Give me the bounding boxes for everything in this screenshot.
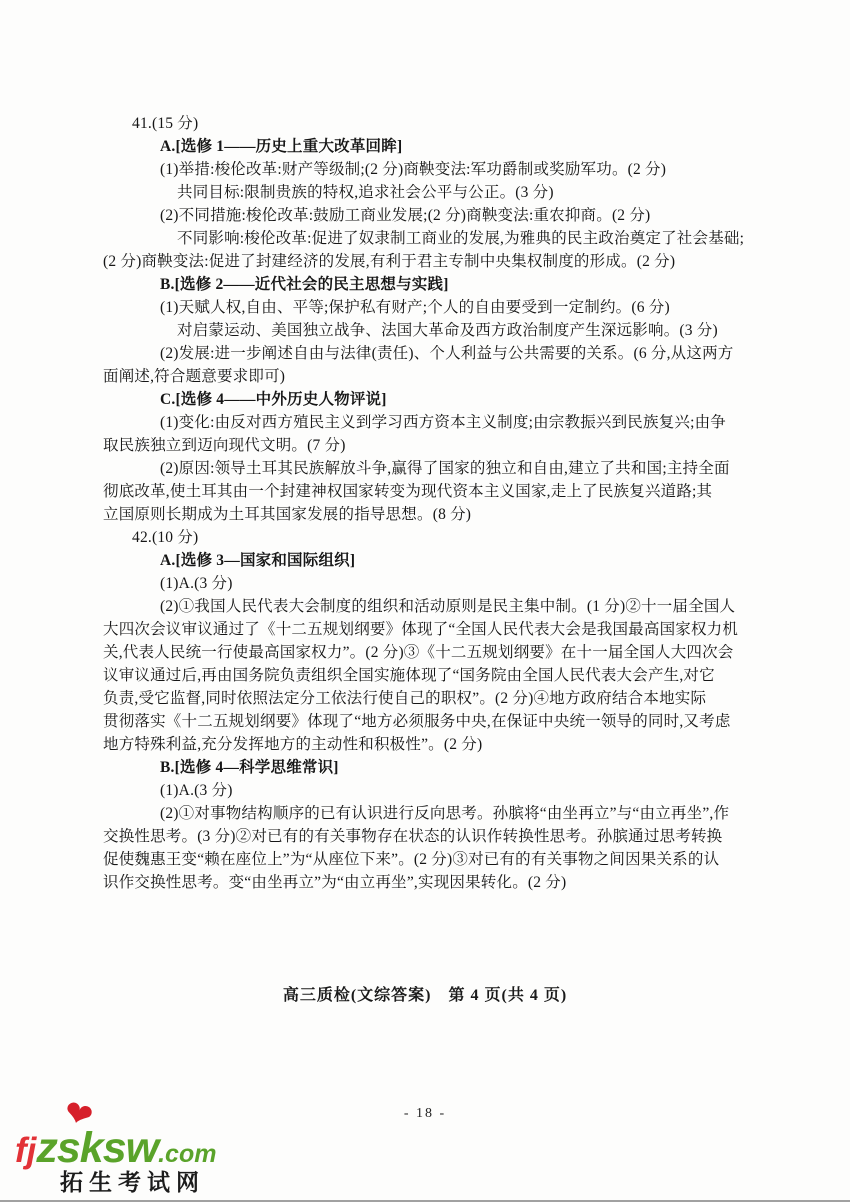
- answer-line: 议审议通过后,再由国务院负责组织全国实施体现了“国务院由全国人民代表大会产生,对…: [103, 664, 763, 687]
- site-watermark: ❤ fjzsksw.com 拓生考试网: [12, 1098, 232, 1198]
- answer-content: 41.(15 分) A.[选修 1——历史上重大改革回眸] (1)举措:梭伦改革…: [103, 112, 763, 894]
- answer-line: (1)变化:由反对西方殖民主义到学习西方资本主义制度;由宗教振兴到民族复兴;由争: [103, 411, 763, 434]
- answer-line: 识作交换性思考。变“由坐再立”为“由立再坐”,实现因果转化。(2 分): [103, 871, 763, 894]
- answer-line: (1)A.(3 分): [103, 779, 763, 802]
- answer-line: 面阐述,符合题意要求即可): [103, 365, 763, 388]
- exam-footer-label: 高三质检(文综答案) 第 4 页(共 4 页): [0, 982, 850, 1005]
- answer-line: (1)天赋人权,自由、平等;保护私有财产;个人的自由要受到一定制约。(6 分): [103, 296, 763, 319]
- scanned-answer-page: 41.(15 分) A.[选修 1——历史上重大改革回眸] (1)举措:梭伦改革…: [0, 0, 850, 1202]
- answer-line: 共同目标:限制贵族的特权,追求社会公平与公正。(3 分): [103, 181, 763, 204]
- section-heading: B.[选修 2——近代社会的民主思想与实践]: [103, 273, 763, 296]
- answer-line: 大四次会议审议通过了《十二五规划纲要》体现了“全国人民代表大会是我国最高国家权力…: [103, 618, 763, 641]
- answer-line: 关,代表人民统一行使最高国家权力”。(2 分)③《十二五规划纲要》在十一届全国人…: [103, 641, 763, 664]
- answer-line: (2)不同措施:梭伦改革:鼓励工商业发展;(2 分)商鞅变法:重农抑商。(2 分…: [103, 204, 763, 227]
- question-number: 41.(15 分): [103, 112, 763, 135]
- answer-line: (2 分)商鞅变法:促进了封建经济的发展,有利于君主专制中央集权制度的形成。(2…: [103, 250, 763, 273]
- question-number: 42.(10 分): [103, 526, 763, 549]
- answer-line: 彻底改革,使土耳其由一个封建神权国家转变为现代资本主义国家,走上了民族复兴道路;…: [103, 480, 763, 503]
- section-heading: A.[选修 3—国家和国际组织]: [103, 549, 763, 572]
- watermark-url-prefix: fj: [15, 1131, 36, 1170]
- answer-line: (2)①对事物结构顺序的已有认识进行反向思考。孙膑将“由坐再立”与“由立再坐”,…: [103, 802, 763, 825]
- section-heading: B.[选修 4—科学思维常识]: [103, 756, 763, 779]
- answer-line: 取民族独立到迈向现代文明。(7 分): [103, 434, 763, 457]
- section-heading: A.[选修 1——历史上重大改革回眸]: [103, 135, 763, 158]
- answer-line: 负责,受它监督,同时依照法定分工依法行使自己的职权”。(2 分)④地方政府结合本…: [103, 687, 763, 710]
- answer-line: (2)原因:领导土耳其民族解放斗争,赢得了国家的独立和自由,建立了共和国;主持全…: [103, 457, 763, 480]
- watermark-site-name: 拓生考试网: [60, 1164, 205, 1197]
- answer-line: (1)举措:梭伦改革:财产等级制;(2 分)商鞅变法:军功爵制或奖励军功。(2 …: [103, 158, 763, 181]
- answer-line: (2)①我国人民代表大会制度的组织和活动原则是民主集中制。(1 分)②十一届全国…: [103, 595, 763, 618]
- answer-line: 立国原则长期成为土耳其国家发展的指导思想。(8 分): [103, 503, 763, 526]
- answer-line: (2)发展:进一步阐述自由与法律(责任)、个人利益与公共需要的关系。(6 分,从…: [103, 342, 763, 365]
- answer-line: 不同影响:梭伦改革:促进了奴隶制工商业的发展,为雅典的民主政治奠定了社会基础;: [103, 227, 763, 250]
- answer-line: 交换性思考。(3 分)②对已有的有关事物存在状态的认识作转换性思考。孙膑通过思考…: [103, 825, 763, 848]
- answer-line: (1)A.(3 分): [103, 572, 763, 595]
- section-heading: C.[选修 4——中外历史人物评说]: [103, 388, 763, 411]
- answer-line: 对启蒙运动、美国独立战争、法国大革命及西方政治制度产生深远影响。(3 分): [103, 319, 763, 342]
- answer-line: 贯彻落实《十二五规划纲要》体现了“地方必须服务中央,在保证中央统一领导的同时,又…: [103, 710, 763, 733]
- answer-line: 促使魏惠王变“赖在座位上”为“从座位下来”。(2 分)③对已有的有关事物之间因果…: [103, 848, 763, 871]
- answer-line: 地方特殊利益,充分发挥地方的主动性和积极性”。(2 分): [103, 733, 763, 756]
